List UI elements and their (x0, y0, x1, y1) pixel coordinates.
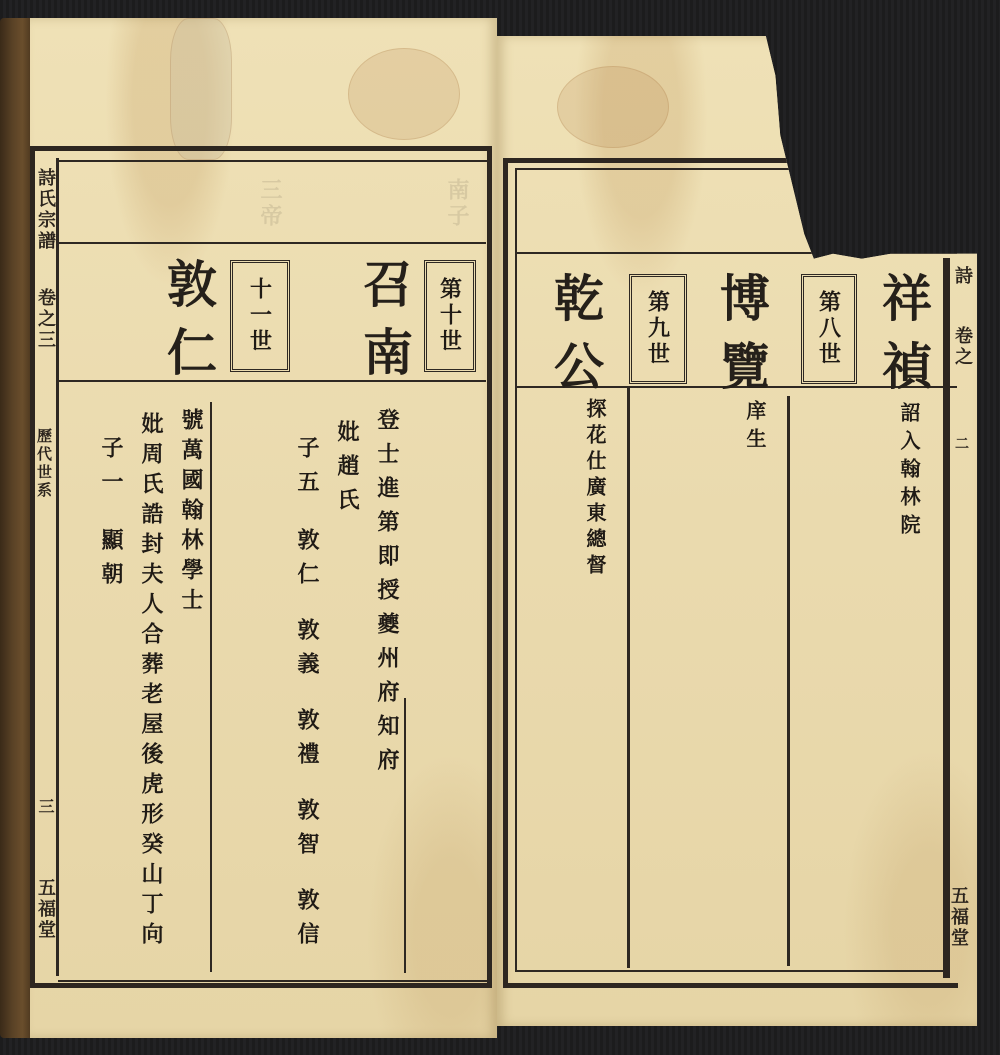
ancestor-name: 敦仁 (152, 258, 224, 394)
page-number: 三 (34, 798, 57, 817)
generation-label: 十一世 (245, 277, 276, 355)
biography-text: 庠生 (741, 400, 770, 456)
generation-label-box: 十一世 (230, 260, 290, 372)
margin-divider (56, 158, 59, 976)
ancestor-name: 召南 (348, 258, 420, 394)
sons-count: 子五 (292, 436, 323, 504)
generation-label-box: 第十世 (424, 260, 476, 372)
spouse-text: 妣趙氏 (332, 420, 363, 522)
volume-label: 卷之 (949, 326, 975, 368)
book-title: 詩氏宗譜 (32, 168, 58, 252)
ancestor-name: 博覽 (705, 272, 777, 408)
name-band-divider (58, 380, 486, 382)
son-name: 敦信 (292, 888, 323, 956)
ancestor-name: 祥禎 (867, 272, 939, 408)
hall-name: 五福堂 (945, 886, 971, 949)
page-number: 二 (951, 436, 971, 453)
generation-label: 第十世 (435, 277, 466, 355)
son-name: 敦義 (292, 618, 323, 686)
book-title: 詩 (949, 266, 975, 287)
volume-label: 卷之三 (32, 288, 58, 351)
water-stain (557, 66, 669, 148)
ancestor-name: 乾公 (539, 272, 611, 408)
biography-text: 號萬國翰林學士 (176, 408, 207, 618)
column-divider (210, 402, 212, 972)
biography-text: 登士進第即授夔州府知府 (372, 408, 403, 782)
generation-label: 第八世 (814, 290, 845, 368)
water-stain (348, 48, 460, 140)
biography-text: 詔入翰林院 (895, 402, 924, 542)
column-divider (627, 388, 630, 968)
son-name: 敦智 (292, 798, 323, 866)
left-page: 詩氏宗譜 卷之三 歷代世系 三 五福堂 南子 三帝 第十世 召南 十一世 敦仁 … (30, 18, 497, 1038)
paper-tear (170, 18, 232, 160)
generation-label: 第九世 (643, 290, 674, 368)
biography-text: 探花仕廣東總督 (581, 398, 610, 580)
son-name: 敦仁 (292, 528, 323, 596)
column-divider (787, 396, 790, 966)
column-divider (404, 698, 406, 973)
book-spine (0, 18, 32, 1038)
sons-count: 子一 (96, 436, 127, 504)
hall-name: 五福堂 (32, 878, 58, 941)
section-label: 歷代世系 (34, 428, 55, 500)
generation-label-box: 第九世 (629, 274, 687, 384)
header-band-divider (58, 242, 486, 244)
spouse-text: 妣周氏誥封夫人合葬老屋後虎形癸山丁向 (136, 412, 167, 952)
son-name: 敦禮 (292, 708, 323, 776)
son-name: 顯朝 (96, 528, 127, 596)
generation-label-box: 第八世 (801, 274, 857, 384)
